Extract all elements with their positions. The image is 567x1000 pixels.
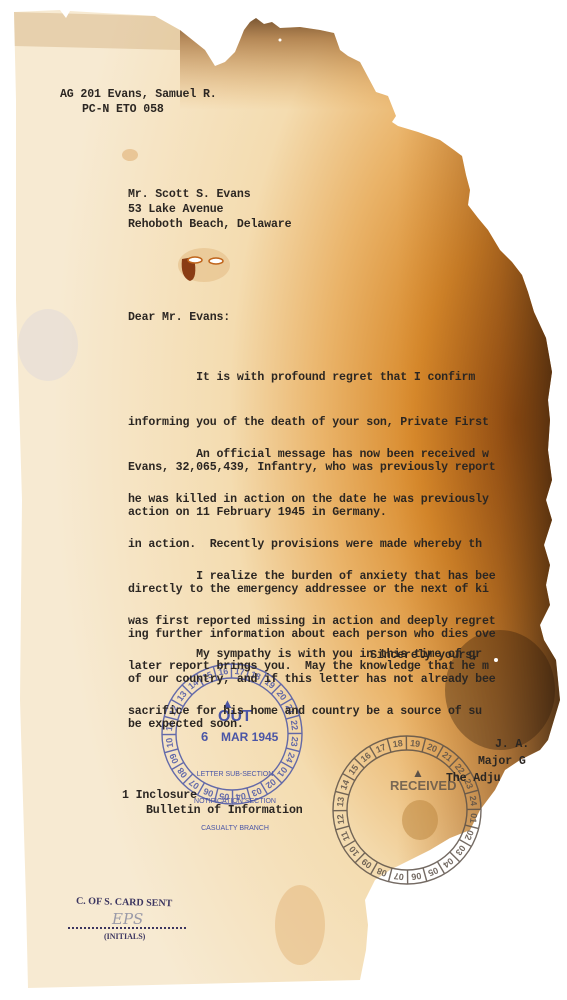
svg-text:12: 12 [335, 814, 346, 825]
svg-text:11: 11 [339, 830, 352, 843]
salutation: Dear Mr. Evans: [128, 310, 230, 325]
enclosure-item: Bulletin of Information [146, 803, 303, 818]
svg-text:14: 14 [338, 778, 351, 791]
svg-text:05: 05 [427, 865, 440, 878]
svg-text:01: 01 [468, 813, 479, 824]
reference-line-2: PC-N ETO 058 [82, 102, 164, 117]
signature-name: J. A. [495, 737, 547, 752]
enclosure-count: 1 Inclosure [122, 788, 197, 803]
svg-text:09: 09 [167, 752, 180, 765]
reference-line-1: AG 201 Evans, Samuel R. [60, 87, 217, 102]
received-date-stamp: 1819202122232401020304050607080910111213… [325, 728, 495, 898]
recipient-name: Mr. Scott S. Evans [128, 187, 251, 202]
svg-text:07: 07 [393, 871, 404, 882]
closing: Sincerely yours, [370, 648, 479, 663]
svg-text:24: 24 [468, 795, 479, 806]
paragraph-4: My sympathy is with you in this time of … [128, 617, 542, 677]
burn-hole [178, 248, 230, 282]
signature-title: The Adju [446, 771, 532, 786]
recipient-city: Rehoboth Beach, Delaware [128, 217, 291, 232]
initials-caption: (INITIALS) [104, 932, 145, 941]
out-stamp-org: LETTER SUB-SECTION NOTIFICATION SECTION … [194, 752, 276, 842]
handwritten-initials: EPS [112, 910, 143, 928]
svg-text:02: 02 [463, 829, 476, 842]
signature-rank: Major G [478, 754, 546, 769]
initials-dotted-line [68, 927, 186, 929]
svg-text:24: 24 [284, 751, 297, 764]
svg-text:08: 08 [375, 866, 388, 879]
svg-text:13: 13 [335, 796, 346, 807]
svg-text:06: 06 [411, 871, 422, 882]
recipient-street: 53 Lake Avenue [128, 202, 223, 217]
